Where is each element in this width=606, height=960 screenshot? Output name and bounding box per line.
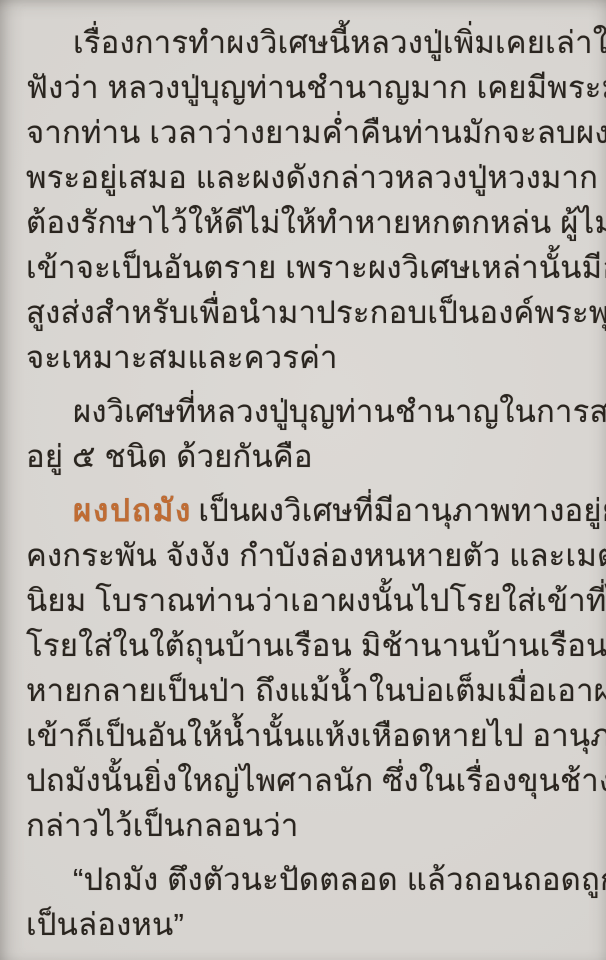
text-line: เป็นล่องหน” [26, 902, 582, 947]
text-line: ผงวิเศษที่หลวงปู่บุญท่านชำนาญในการสร้างน… [26, 389, 582, 434]
text-line: สูงส่งสำหรับเพื่อนำมาประกอบเป็นองค์พระพุ… [26, 290, 582, 335]
text-line-rest: เป็นผงวิเศษที่มีอานุภาพทางอยู่ยง [198, 493, 606, 528]
text-line: จากท่าน เวลาว่างยามค่ำคืนท่านมักจะลบผงเอ… [26, 110, 582, 155]
text-line: เข้าก็เป็นอันให้น้ำนั้นแห้งเหือดหายไป อา… [26, 713, 582, 758]
book-page-scan: เรื่องการทำผงวิเศษนี้หลวงปู่เพิ่มเคยเล่า… [0, 0, 606, 960]
text-line: อยู่ ๕ ชนิด ด้วยกันคือ [26, 434, 582, 479]
text-line: พระอยู่เสมอ และผงดังกล่าวหลวงปู่หวงมาก ท… [26, 155, 582, 200]
text-line: เข้าจะเป็นอันตราย เพราะผงวิเศษเหล่านั้นม… [26, 245, 582, 290]
paragraph-2: ผงวิเศษที่หลวงปู่บุญท่านชำนาญในการสร้างน… [26, 389, 582, 479]
text-line: กล่าวไว้เป็นกลอนว่า [26, 803, 582, 848]
text-line: “ปถมัง ตึงตัวนะปัดตลอด แล้วถอนถอดถูกต้อง [26, 857, 582, 902]
text-line: นิยม โบราณท่านว่าเอาผงนั้นไปโรยใส่เข้าที… [26, 578, 582, 623]
text-line: หายกลายเป็นป่า ถึงแม้น้ำในบ่อเต็มเมื่อเอ… [26, 668, 582, 713]
powder-name-highlight: ผงปถมัง [73, 493, 192, 528]
paragraph-3: ผงปถมังเป็นผงวิเศษที่มีอานุภาพทางอยู่ยง … [26, 488, 582, 848]
text-line: เรื่องการทำผงวิเศษนี้หลวงปู่เพิ่มเคยเล่า… [26, 20, 582, 65]
paragraph-4-quote: “ปถมัง ตึงตัวนะปัดตลอด แล้วถอนถอดถูกต้อง… [26, 857, 582, 947]
text-line: โรยใส่ในใต้ถุนบ้านเรือน มิช้านานบ้านเรือ… [26, 623, 582, 668]
text-line: ปถมังนั้นยิ่งใหญ่ไพศาลนัก ซึ่งในเรื่องขุ… [26, 758, 582, 803]
text-line: ฟังว่า หลวงปู่บุญท่านชำนาญมาก เคยมีพระมา… [26, 65, 582, 110]
paragraph-1: เรื่องการทำผงวิเศษนี้หลวงปู่เพิ่มเคยเล่า… [26, 20, 582, 380]
text-line: คงกระพัน จังงัง กำบังล่องหนหายตัว และเมต… [26, 533, 582, 578]
text-line: จะเหมาะสมและควรค่า [26, 335, 582, 380]
text-line: ต้องรักษาไว้ให้ดีไม่ให้ทำหายหกตกหล่น ผู้… [26, 200, 582, 245]
text-line: ผงปถมังเป็นผงวิเศษที่มีอานุภาพทางอยู่ยง [26, 488, 582, 533]
